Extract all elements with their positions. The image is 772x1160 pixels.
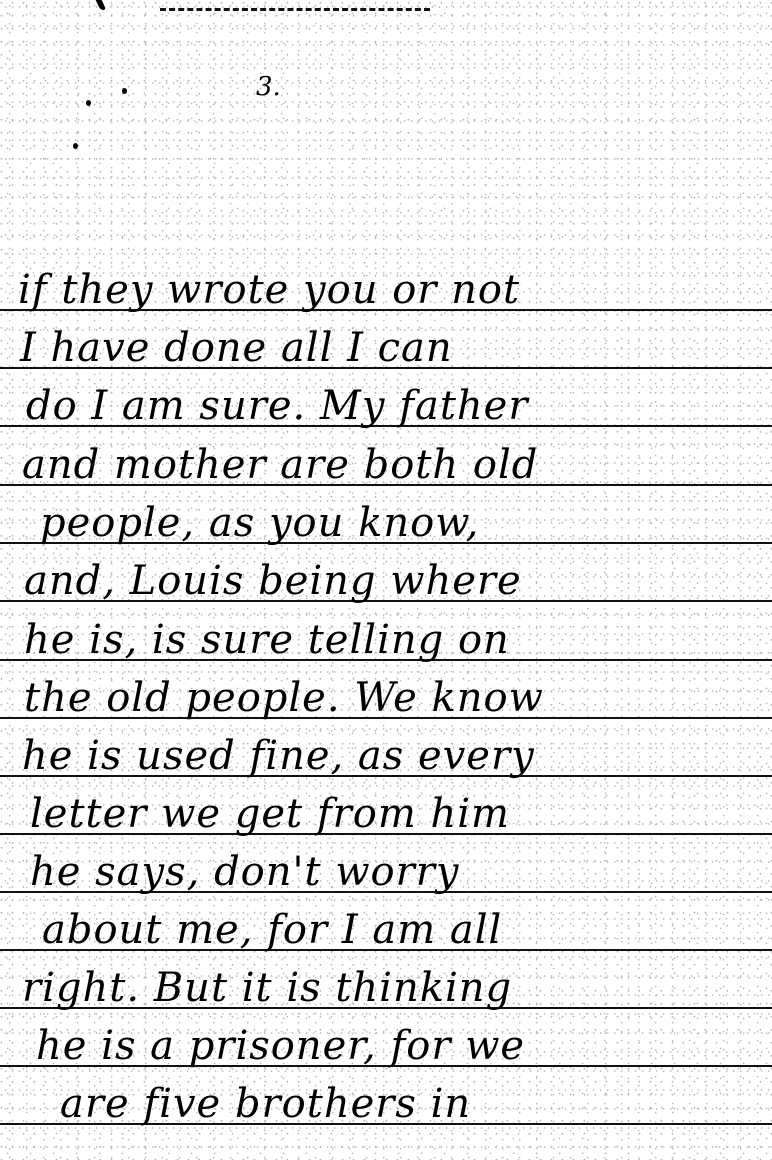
- ink-speck: [86, 100, 91, 106]
- handwritten-line: he is used fine, as every: [22, 732, 772, 780]
- handwritten-line: are five brothers in: [60, 1080, 772, 1128]
- ink-speck: [73, 143, 78, 149]
- handwritten-line: he is, is sure telling on: [24, 616, 772, 664]
- handwritten-line: he is a prisoner, for we: [36, 1022, 772, 1070]
- handwritten-line: I have done all I can: [20, 324, 770, 372]
- handwritten-line: and mother are both old: [22, 441, 772, 489]
- handwritten-line: if they wrote you or not: [18, 266, 768, 314]
- handwritten-line: about me, for I am all: [42, 906, 772, 954]
- handwritten-line: he says, don't worry: [30, 848, 772, 896]
- torn-top-edge: [160, 0, 430, 11]
- page-number: 3.: [256, 72, 296, 102]
- ink-speck: [122, 88, 127, 94]
- handwritten-line: the old people. We know: [24, 674, 772, 722]
- handwritten-line: people, as you know,: [40, 499, 772, 547]
- handwritten-line: and, Louis being where: [24, 557, 772, 605]
- handwritten-line: letter we get from him: [30, 790, 772, 838]
- handwritten-line: right. But it is thinking: [22, 964, 772, 1012]
- handwritten-line: do I am sure. My father: [26, 382, 772, 430]
